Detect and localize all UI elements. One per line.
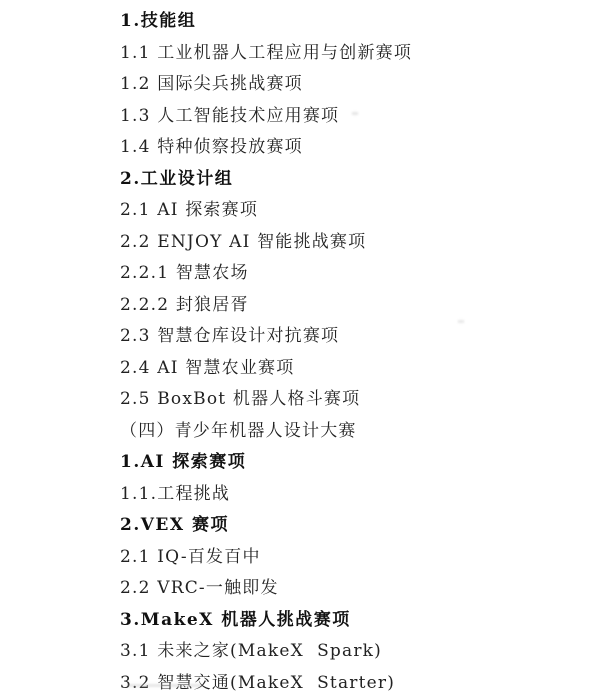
outline-item: 2.3 智慧仓库设计对抗赛项 bbox=[120, 318, 586, 350]
outline-item: 1.3 人工智能技术应用赛项 bbox=[120, 98, 586, 130]
outline-item: 1.1.工程挑战 bbox=[120, 476, 586, 508]
outline-item: （四）青少年机器人设计大赛 bbox=[120, 413, 586, 445]
outline-item: 1.4 特种侦察投放赛项 bbox=[120, 129, 586, 161]
outline-item: 1.2 国际尖兵挑战赛项 bbox=[120, 66, 586, 98]
outline-item: 3.1 未来之家(MakeX Spark) bbox=[120, 633, 586, 665]
outline-item: 3.2 智慧交通(MakeX Starter) bbox=[120, 665, 586, 694]
outline-item: 2.1 IQ-百发百中 bbox=[120, 539, 586, 571]
outline-list: 1.技能组1.1 工业机器人工程应用与创新赛项1.2 国际尖兵挑战赛项1.3 人… bbox=[120, 3, 586, 694]
outline-item: 2.2.2 封狼居胥 bbox=[120, 287, 586, 319]
outline-item: 2.5 BoxBot 机器人格斗赛项 bbox=[120, 381, 586, 413]
outline-item: 1.1 工业机器人工程应用与创新赛项 bbox=[120, 35, 586, 67]
outline-heading: 3.MakeX 机器人挑战赛项 bbox=[120, 602, 586, 634]
document-page: 1.技能组1.1 工业机器人工程应用与创新赛项1.2 国际尖兵挑战赛项1.3 人… bbox=[0, 0, 594, 694]
outline-heading: 1.AI 探索赛项 bbox=[120, 444, 586, 476]
outline-item: 2.1 AI 探索赛项 bbox=[120, 192, 586, 224]
outline-item: 2.2 VRC-一触即发 bbox=[120, 570, 586, 602]
outline-heading: 2.VEX 赛项 bbox=[120, 507, 586, 539]
outline-heading: 2.工业设计组 bbox=[120, 161, 586, 193]
outline-heading: 1.技能组 bbox=[120, 3, 586, 35]
outline-item: 2.2 ENJOY AI 智能挑战赛项 bbox=[120, 224, 586, 256]
outline-item: 2.4 AI 智慧农业赛项 bbox=[120, 350, 586, 382]
outline-item: 2.2.1 智慧农场 bbox=[120, 255, 586, 287]
